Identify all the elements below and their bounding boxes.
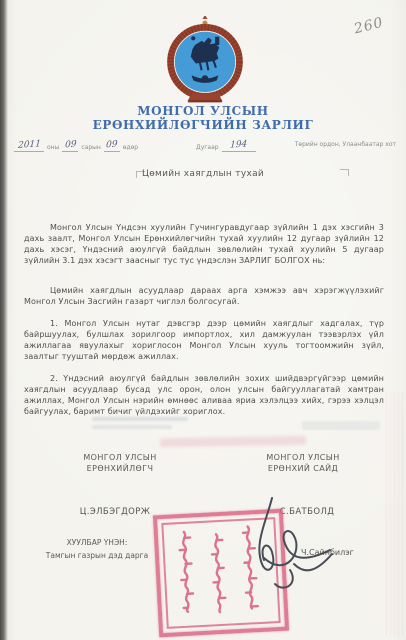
prime-minister-signature-title: МОНГОЛ УЛСЫН ЕРӨНХИЙ САЙД	[238, 452, 368, 474]
subject-title: Цөмийн хаягдлын тухай	[0, 169, 406, 179]
dateline: 2011 оны 09 сарын 09 өдөр	[14, 138, 138, 152]
document-title-line1: МОНГОЛ УЛСЫН	[0, 104, 406, 118]
bleedthrough-text-smudge	[92, 417, 188, 421]
certification-block: ХУУЛБАР ҮНЭН: Тамгын газрын дэд дарга	[30, 536, 164, 562]
scanned-decree-page: 260 МОНГОЛ УЛСЫН ЕРӨНХИЙЛӨГЧИЙН ЗАРЛИГ 2…	[0, 0, 406, 640]
year-label: оны	[47, 144, 59, 152]
directive-paragraph: Цөмийн хаягдлын асуудлаар дараах арга хэ…	[24, 285, 384, 307]
prime-minister-title-line2: ЕРӨНХИЙ САЙД	[238, 463, 368, 474]
year-blank: 2011	[14, 132, 44, 152]
issue-place: Төрийн ордон, Улаанбаатар хот	[295, 141, 396, 148]
certification-line2: Тамгын газрын дэд дарга	[30, 549, 164, 562]
bleedthrough-stamp-right-edge	[386, 392, 404, 636]
handwritten-number: 194	[230, 139, 248, 150]
bleedthrough-text-smudge	[92, 425, 172, 429]
prime-minister-title-line1: МОНГОЛ УЛСЫН	[238, 452, 368, 463]
president-title-line2: ЕРӨНХИЙЛӨГЧ	[55, 463, 185, 474]
ink-signature-icon	[206, 492, 346, 602]
day-label: өдөр	[123, 144, 138, 152]
president-title-line1: МОНГОЛ УЛСЫН	[55, 452, 185, 463]
certification-line1: ХУУЛБАР ҮНЭН:	[30, 536, 164, 549]
decree-number-line: Дугаар 194	[196, 138, 256, 152]
decree-item-1: 1. Монгол Улсын нутаг дэвсгэр дээр цөмий…	[24, 318, 384, 362]
handwritten-month: 09	[64, 140, 76, 151]
preamble-paragraph: Монгол Улсын Үндсэн хуулийн Гучингуравду…	[24, 222, 384, 266]
month-label: сарын	[81, 144, 100, 152]
scan-shadow-left-edge	[0, 0, 8, 640]
president-signature-title: МОНГОЛ УЛСЫН ЕРӨНХИЙЛӨГЧ	[55, 452, 185, 474]
month-blank: 09	[62, 132, 78, 152]
bleedthrough-text-smudge	[302, 421, 380, 430]
handwritten-day: 09	[106, 140, 118, 151]
mongolia-state-emblem-icon	[163, 16, 247, 106]
handwritten-year: 2011	[17, 139, 41, 151]
number-blank: 194	[222, 132, 256, 152]
handwritten-page-number: 260	[353, 15, 386, 38]
document-title-line2: ЕРӨНХИЙЛӨГЧИЙН ЗАРЛИГ	[0, 118, 406, 132]
decree-item-2: 2. Үндэсний аюулгүй байдлын зөвлөлийн зо…	[24, 373, 384, 417]
bleedthrough-stamp-smudge	[160, 436, 306, 448]
day-blank: 09	[104, 132, 120, 152]
number-label: Дугаар	[196, 144, 219, 152]
document-title: МОНГОЛ УЛСЫН ЕРӨНХИЙЛӨГЧИЙН ЗАРЛИГ	[0, 104, 406, 132]
